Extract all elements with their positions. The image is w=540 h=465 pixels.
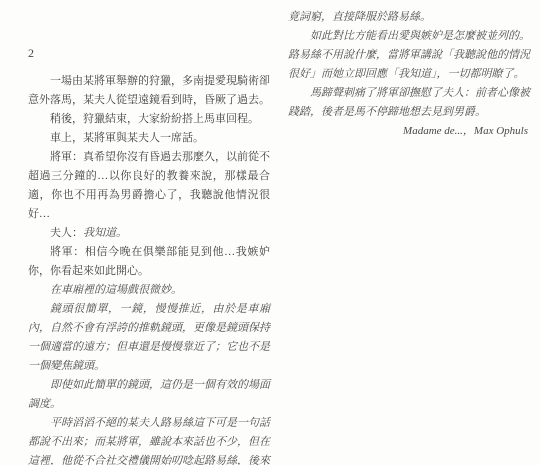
paragraph: 稍後，狩獵結束，大家紛紛搭上馬車回程。	[28, 110, 270, 129]
paragraph: 竟詞窮，直接降服於路易絲。	[288, 8, 530, 27]
paragraph: 將軍：真希望你沒有昏過去那麼久，以前從不超過三分鐘的…以你良好的教養來說，那樣最…	[28, 148, 270, 224]
paragraph: 一場由某將軍舉辦的狩獵，多南提愛現騎術卻意外落馬，某夫人從望遠鏡看到時，昏厥了過…	[28, 72, 270, 110]
dialogue-speaker: 夫人：	[50, 227, 83, 239]
paragraph: 如此對比方能看出愛與嫉妒是怎麼被並列的。路易絲不用說什麼，當將軍講說「我聽說他的…	[288, 27, 530, 84]
attribution-separator: ，	[463, 125, 474, 137]
paragraph: 平時滔滔不絕的某夫人路易絲這下可是一句話都說不出來；而某將軍，雖說本來話也不少，…	[28, 414, 270, 465]
paragraph: 在車廂裡的這場戲很微妙。	[28, 281, 270, 300]
director-name: Max Ophuls	[474, 125, 528, 137]
left-page: 2 一場由某將軍舉辦的狩獵，多南提愛現騎術卻意外落馬，某夫人從望遠鏡看到時，昏厥…	[28, 0, 270, 465]
right-page: 竟詞窮，直接降服於路易絲。如此對比方能看出愛與嫉妒是怎麼被並列的。路易絲不用說什…	[288, 0, 530, 141]
paragraph: 即使如此簡單的鏡頭，這仍是一個有效的場面調度。	[28, 376, 270, 414]
dialogue-quote: 我知道。	[83, 227, 127, 239]
right-page-paragraphs: 竟詞窮，直接降服於路易絲。如此對比方能看出愛與嫉妒是怎麼被並列的。路易絲不用說什…	[288, 8, 530, 122]
paragraph: 夫人：我知道。	[28, 224, 270, 243]
paragraph: 鏡頭很簡單，一鏡，慢慢推近，由於是車廂內，自然不會有浮誇的推軌鏡頭，更像是鏡頭保…	[28, 300, 270, 376]
film-title: Madame de...	[403, 125, 463, 137]
paragraph: 馬蹄聲刺痛了將軍卻撫慰了夫人：前者心像被踐踏，後者是馬不停蹄地想去見到男爵。	[288, 84, 530, 122]
attribution: Madame de...，Max Ophuls	[288, 122, 530, 141]
paragraph: 將軍：相信今晚在俱樂部能見到他…我嫉妒你，你看起來如此開心。	[28, 243, 270, 281]
paragraph: 車上，某將軍與某夫人一席話。	[28, 129, 270, 148]
section-number: 2	[28, 44, 270, 63]
left-page-paragraphs: 一場由某將軍舉辦的狩獵，多南提愛現騎術卻意外落馬，某夫人從望遠鏡看到時，昏厥了過…	[28, 72, 270, 465]
